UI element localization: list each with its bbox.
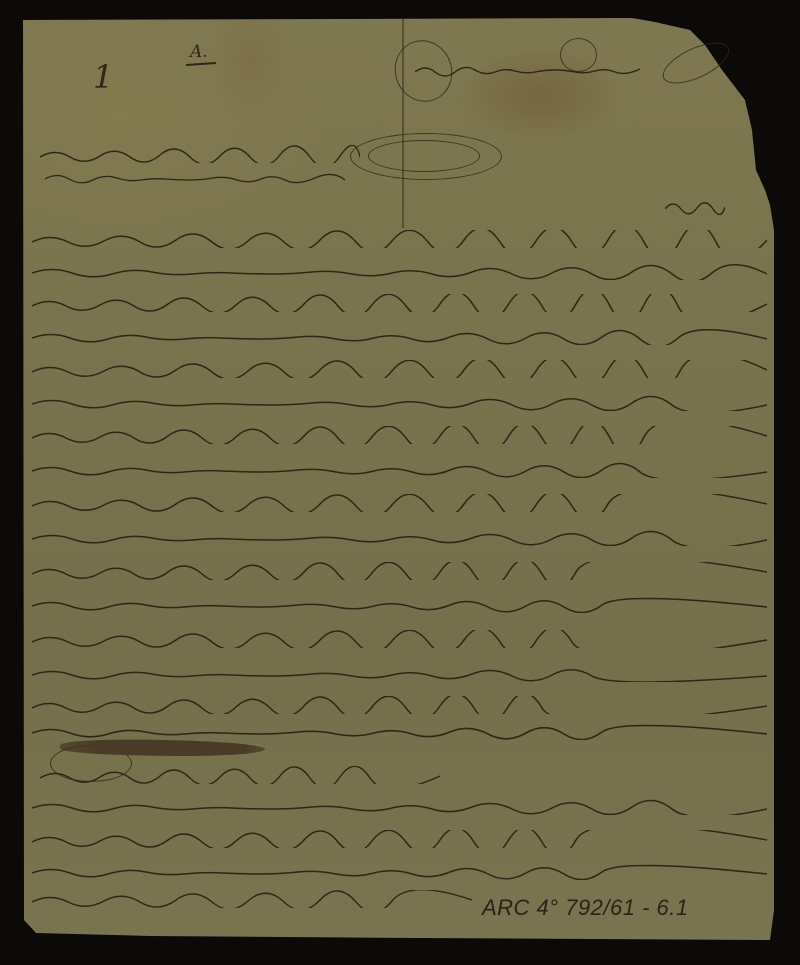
handwritten-body-line bbox=[32, 360, 767, 378]
handwritten-body-line bbox=[32, 630, 767, 648]
handwritten-body-line bbox=[32, 797, 767, 815]
handwritten-body-line bbox=[32, 890, 472, 908]
handwritten-salutation-line-1 bbox=[40, 145, 360, 163]
handwritten-body-line bbox=[32, 595, 767, 613]
handwritten-body-line bbox=[40, 766, 440, 784]
handwritten-body-line bbox=[32, 830, 767, 848]
handwritten-body-line bbox=[32, 327, 767, 345]
handwritten-signature-line bbox=[32, 722, 767, 740]
handwritten-body-line bbox=[32, 562, 767, 580]
handwritten-body-line bbox=[32, 664, 767, 682]
handwritten-body-line bbox=[32, 230, 767, 248]
handwritten-body-line bbox=[32, 426, 767, 444]
handwritten-body-line bbox=[32, 528, 767, 546]
handwritten-short-line bbox=[665, 197, 725, 215]
document-viewer: 1 A. ARC 4° 792/61 - 6.1 bbox=[0, 0, 800, 965]
handwritten-body-line bbox=[32, 696, 767, 714]
handwritten-body-line bbox=[32, 393, 767, 411]
salutation-oval-inner bbox=[368, 140, 480, 172]
section-label: A. bbox=[190, 42, 208, 62]
handwritten-body-line bbox=[32, 460, 767, 478]
handwritten-body-line bbox=[32, 494, 767, 512]
handwritten-body-line bbox=[32, 262, 767, 280]
handwritten-header-line bbox=[415, 60, 640, 78]
handwritten-body-line bbox=[32, 862, 767, 880]
handwritten-body-line bbox=[32, 294, 767, 312]
page-number: 1 bbox=[93, 58, 113, 96]
handwritten-salutation-line-2 bbox=[45, 168, 345, 186]
archive-reference: ARC 4° 792/61 - 6.1 bbox=[482, 895, 689, 921]
